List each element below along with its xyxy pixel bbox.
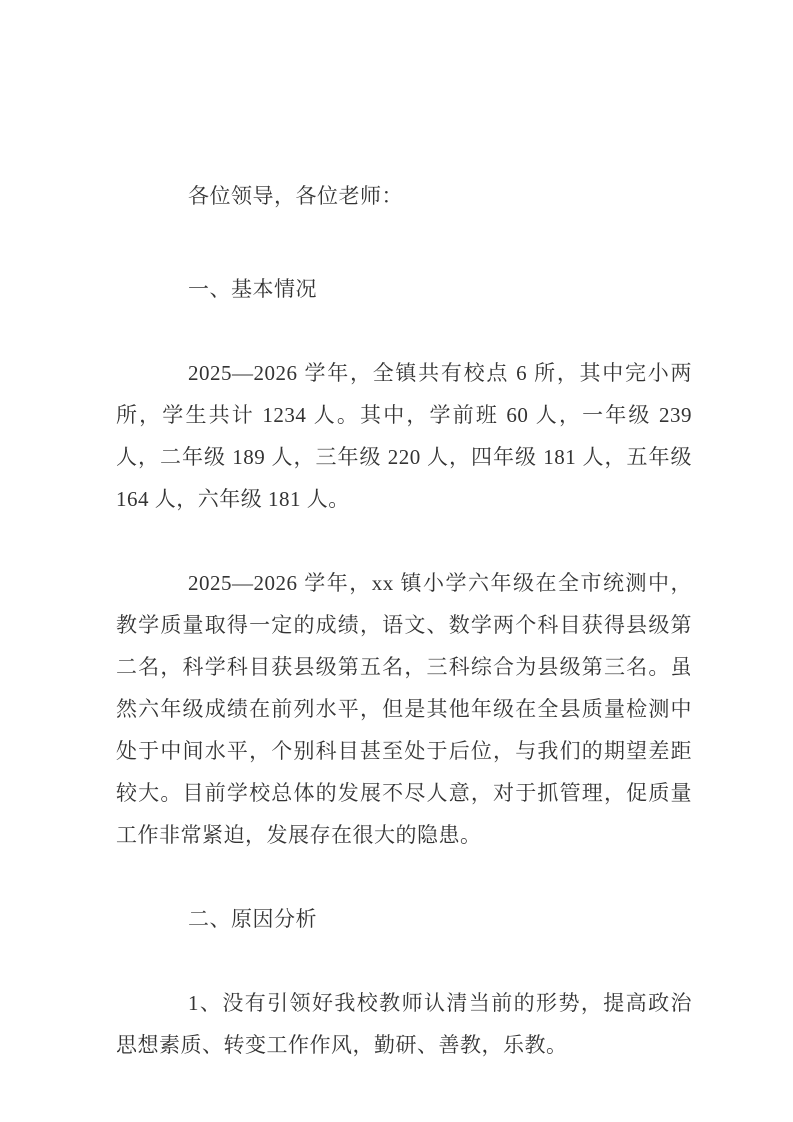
paragraph-enrollment-statistics: 2025—2026 学年，全镇共有校点 6 所，其中完小两所，学生共计 1234… [116, 352, 692, 520]
section-heading-cause-analysis: 二、原因分析 [116, 898, 692, 940]
section-heading-basic-situation: 一、基本情况 [116, 268, 692, 310]
greeting-line: 各位领导，各位老师： [116, 175, 692, 217]
document-page: 各位领导，各位老师： 一、基本情况 2025—2026 学年，全镇共有校点 6 … [0, 0, 793, 1122]
paragraph-cause-item-1: 1、没有引领好我校教师认清当前的形势，提高政治思想素质、转变工作作风，勤研、善教… [116, 982, 692, 1066]
paragraph-quality-assessment: 2025—2026 学年，xx 镇小学六年级在全市统测中，教学质量取得一定的成绩… [116, 562, 692, 856]
